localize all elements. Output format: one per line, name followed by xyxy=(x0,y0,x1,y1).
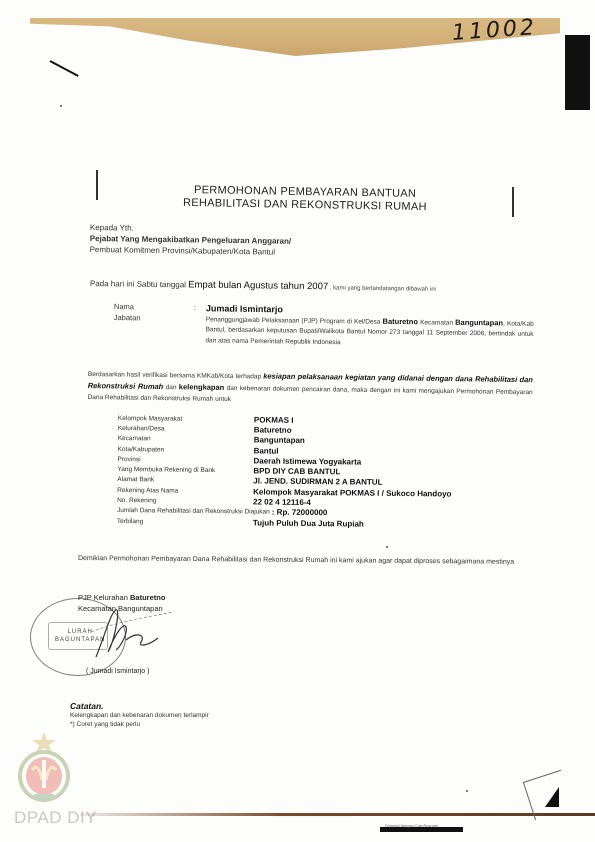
notes-line-2: *) Coret yang tidak perlu xyxy=(70,720,209,729)
page-bottom-edge xyxy=(80,813,595,816)
colon: : xyxy=(194,303,206,314)
detail-label: Terbilang xyxy=(117,518,253,526)
detail-label: Jumlah Dana Rehabilitasi dan Rekonstruks… xyxy=(117,507,270,516)
margin-mark-right xyxy=(512,187,514,217)
spacer xyxy=(193,314,205,347)
speck xyxy=(466,790,468,792)
detail-label: Alamat Bank xyxy=(117,476,253,484)
detail-label: Provinsi xyxy=(117,456,253,464)
para-text: dan xyxy=(163,384,179,391)
detail-value: BPD DIY CAB BANTUL xyxy=(253,467,340,477)
position-text: Kecamatan xyxy=(418,319,455,327)
para-bold: kelengkapan xyxy=(179,382,225,392)
position-village: Baturetno xyxy=(383,316,419,325)
folder-code: 11002 xyxy=(451,15,538,46)
detail-value: POKMAS I xyxy=(254,415,294,424)
addressee-line-2: Pembuat Komitmen Provinsi/Kabupaten/Kota… xyxy=(90,244,292,258)
verification-paragraph: Berdasarkan hasil verifikasi bersama KMK… xyxy=(88,368,533,409)
position-text: Penanggungjawab Pelaksanaan (PJP) Progra… xyxy=(206,316,383,325)
detail-label: Kota/Kabupaten xyxy=(118,446,254,454)
speck xyxy=(60,105,62,107)
opening-statement: Pada hari ini Sabtu tanggal Empat bulan … xyxy=(90,278,436,294)
detail-value: Tujuh Puluh Dua Juta Rupiah xyxy=(253,518,364,528)
addressee: Kepada Yth. Pejabat Yang Mengakibatkan P… xyxy=(90,222,292,258)
detail-value: Jl. JEND. SUDIRMAN 2 A BANTUL xyxy=(253,477,382,487)
scanned-page: 11002 PERMOHONAN PEMBAYARAN BANTUAN REHA… xyxy=(0,0,595,842)
payment-details: Kelompok MasyarakatPOKMAS IKelurahan/Des… xyxy=(117,413,498,530)
sig-village: Baturetno xyxy=(130,593,165,602)
handwritten-signature xyxy=(86,602,176,662)
position-district: Banguntapan xyxy=(455,317,503,327)
detail-label: Kelompok Masyarakat xyxy=(118,415,254,423)
detail-label: Kelurahan/Desa xyxy=(118,425,254,433)
detail-value: 22 02 4 12116-4 xyxy=(253,497,311,507)
detail-label: Kecamatan xyxy=(118,435,254,443)
detail-value: Daerah Istimewa Yogyakarta xyxy=(253,456,361,466)
closing-statement: Demikian Permohonan Pembayaran Dana Reha… xyxy=(78,554,518,568)
corner-mark xyxy=(545,787,559,807)
scanner-footer-label: Dipindai dengan CamScanner xyxy=(385,823,438,828)
sig-prefix: PJP Kelurahan xyxy=(78,593,130,602)
opening-suffix: , kami yang bertandatangan dibawah ini xyxy=(328,285,436,293)
watermark: DPAD DIY xyxy=(14,808,97,828)
speck xyxy=(386,546,388,548)
position-label: Jabatan xyxy=(113,312,193,346)
scan-edge-mark xyxy=(565,35,590,110)
position-value: Penanggungjawab Pelaksanaan (PJP) Progra… xyxy=(205,314,533,351)
detail-label: Rekening Atas Nama xyxy=(117,487,253,495)
notes-line-1: Kelengkapan dan kebenaran dokumen terlam… xyxy=(70,711,209,720)
opening-prefix: Pada hari ini Sabtu tanggal xyxy=(90,279,188,289)
detail-label: No. Rekening xyxy=(117,497,253,505)
detail-label: Yang Membuka Rekening di Bank xyxy=(117,466,253,474)
position-row: Jabatan Penanggungjawab Pelaksanaan (PJP… xyxy=(113,312,533,350)
pen-mark xyxy=(50,60,79,77)
margin-mark-left xyxy=(96,170,98,200)
identity-block: Nama : Jumadi Ismintarjo Jabatan Penangg… xyxy=(113,302,534,351)
document-title: PERMOHONAN PEMBAYARAN BANTUAN REHABILITA… xyxy=(150,183,460,214)
notes-title: Catatan. xyxy=(70,702,209,711)
detail-value: Banguntapan xyxy=(254,436,305,446)
signatory-name: ( Jumadi Ismintarjo ) xyxy=(86,668,149,675)
opening-date: Empat bulan Agustus tahun 2007 xyxy=(188,279,328,292)
para-text: Berdasarkan hasil verifikasi bersama KMK… xyxy=(88,371,263,380)
emblem-icon xyxy=(14,730,74,805)
detail-value: : Rp. 72000000 xyxy=(272,508,328,518)
notes: Catatan. Kelengkapan dan kebenaran dokum… xyxy=(70,702,209,729)
detail-value: Baturetno xyxy=(254,425,292,434)
detail-value: Bantul xyxy=(254,446,279,455)
